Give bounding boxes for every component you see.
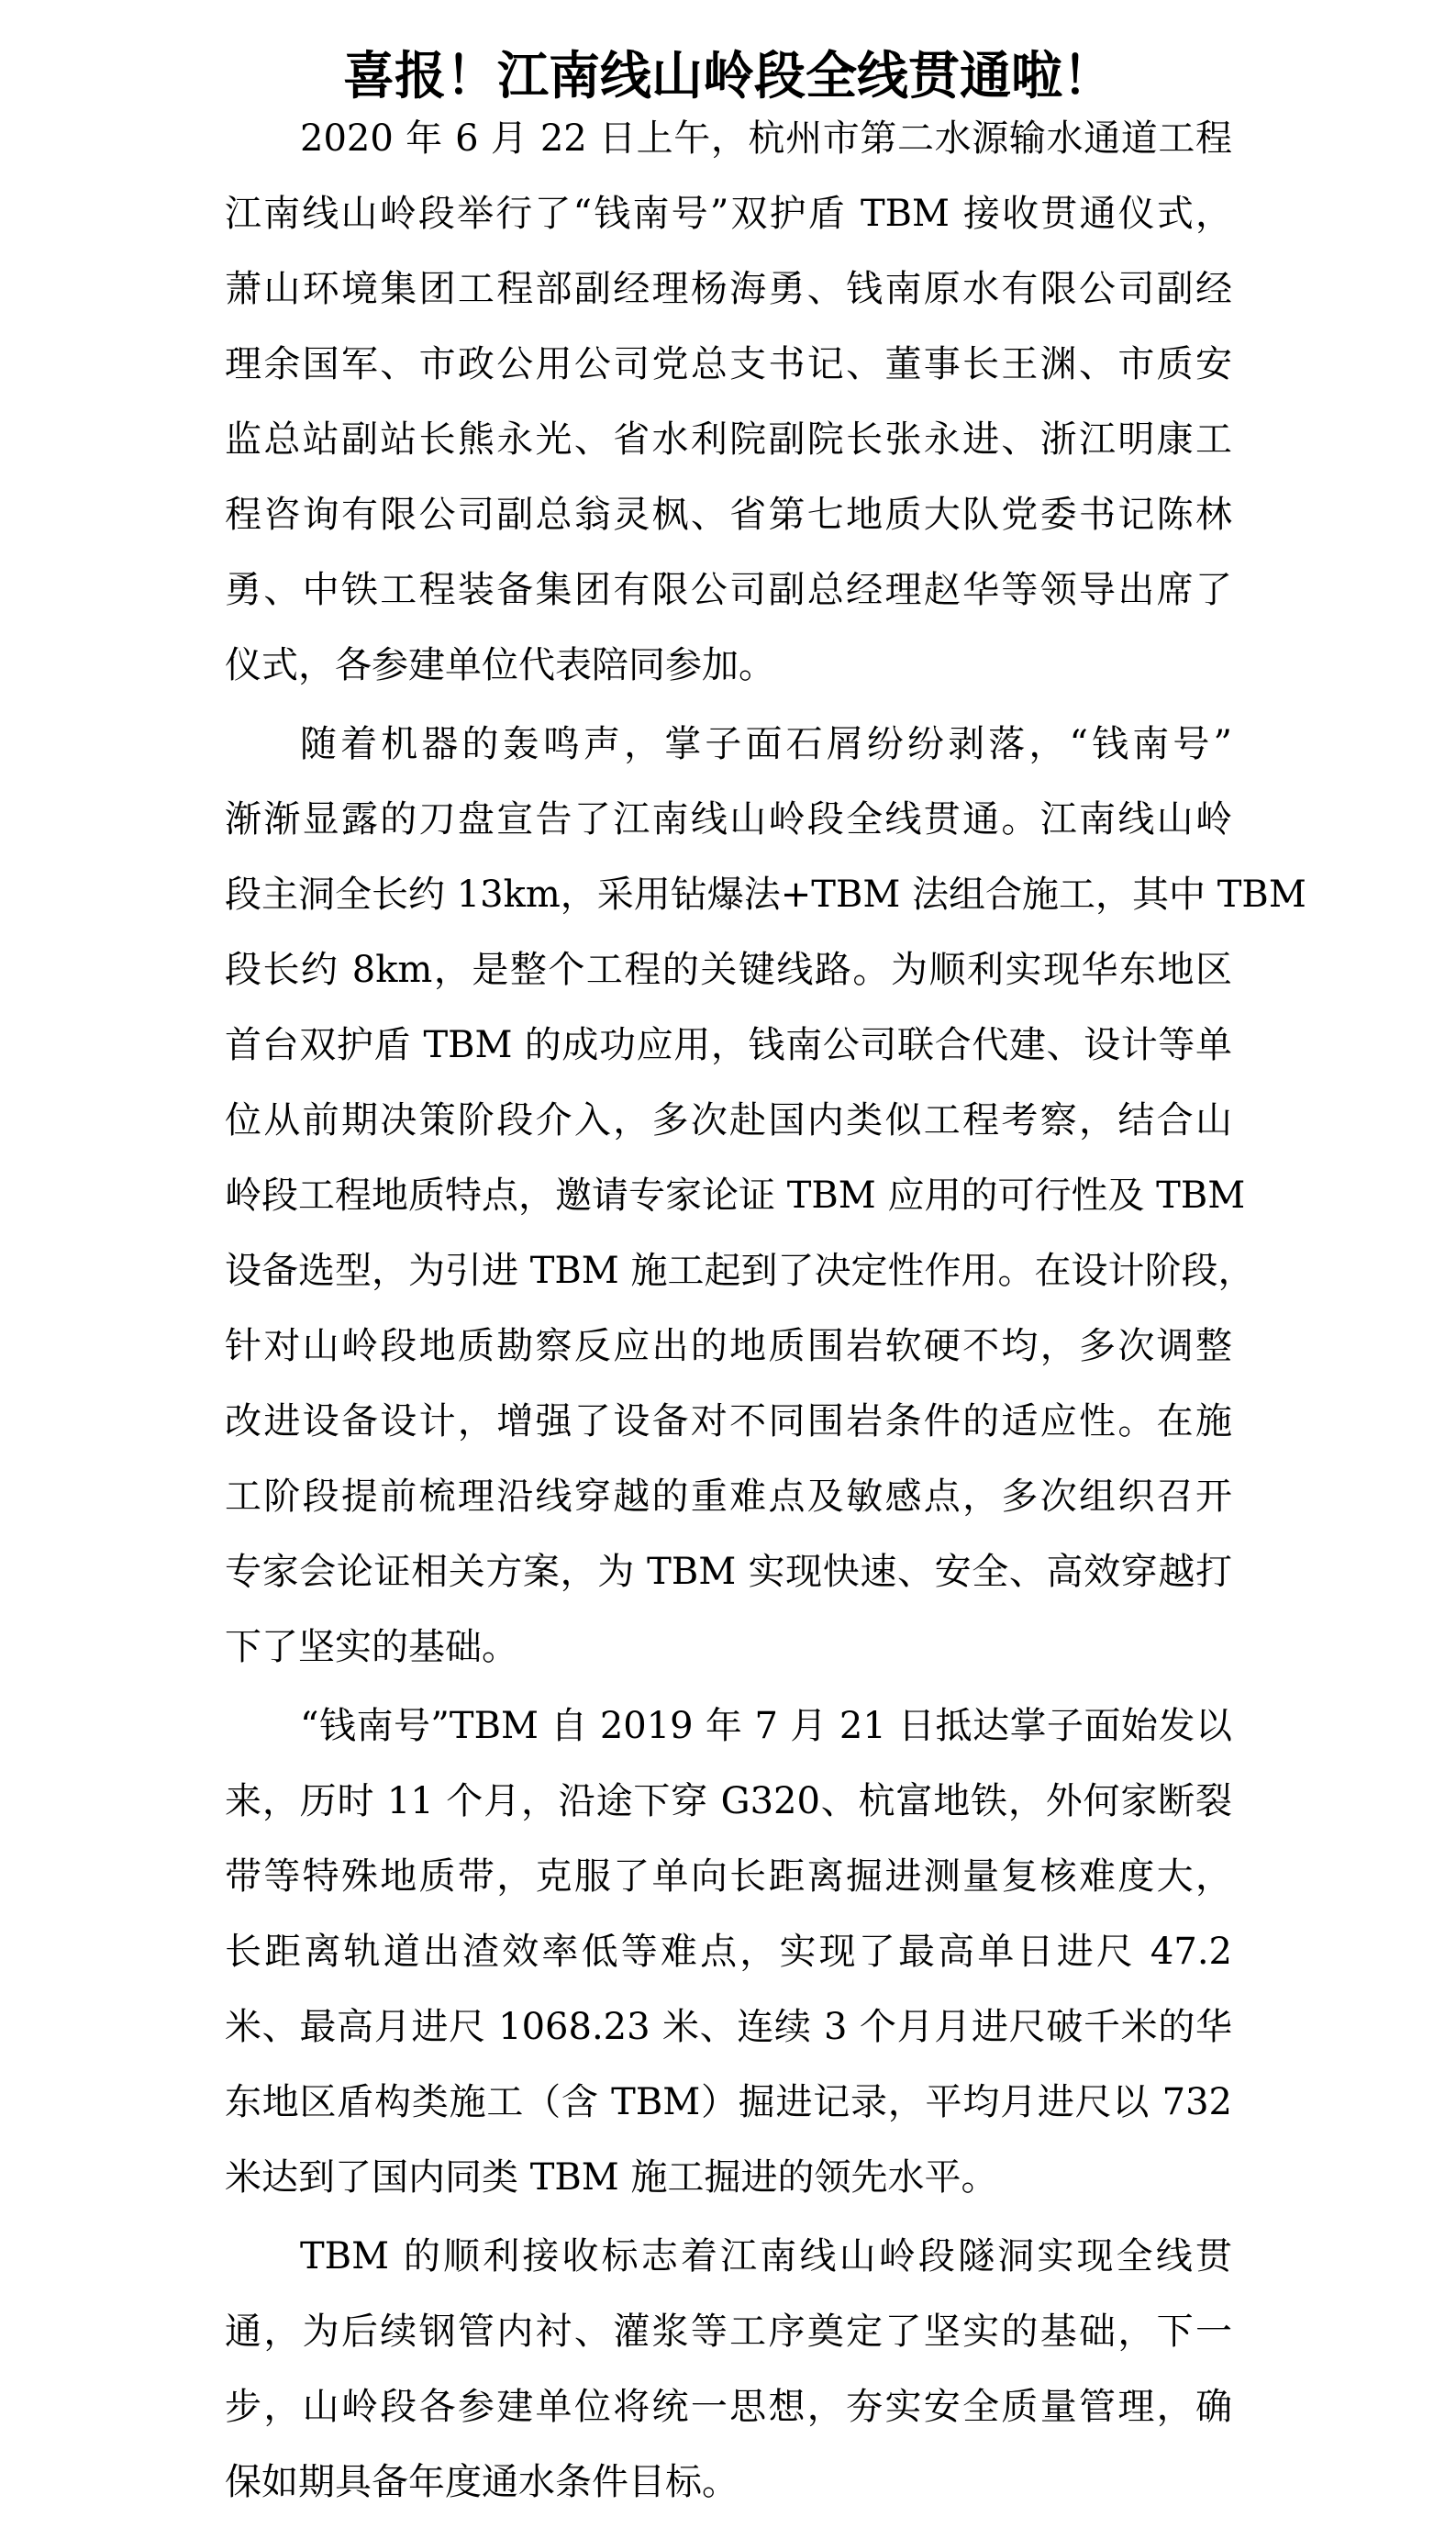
text-line: 萧山环境集团工程部副经理杨海勇、钱南原水有限公司副经	[225, 251, 1232, 327]
text-line: 米、最高月进尺 1068.23 米、连续 3 个月月进尺破千米的华	[225, 1989, 1232, 2065]
text-line: 随着机器的轰鸣声，掌子面石屑纷纷剥落，“钱南号”	[225, 707, 1232, 782]
text-line: 段长约 8km，是整个工程的关键线路。为顺利实现华东地区	[225, 932, 1232, 1008]
text-line: 监总站副站长熊永光、省水利院副院长张永进、浙江明康工	[225, 402, 1232, 477]
text-line: 勇、中铁工程装备集团有限公司副总经理赵华等领导出席了	[225, 552, 1232, 628]
text-line: 米达到了国内同类 TBM 施工掘进的领先水平。	[225, 2140, 1232, 2215]
paragraph-breakthrough: 随着机器的轰鸣声，掌子面石屑纷纷剥落，“钱南号” 渐渐显露的刀盘宣告了江南线山岭…	[225, 707, 1232, 1685]
text-line: 步，山岭段各参建单位将统一思想，夯实安全质量管理，确	[225, 2369, 1232, 2444]
text-line: 通，为后续钢管内衬、灌浆等工序奠定了坚实的基础，下一	[225, 2294, 1232, 2369]
text-line: 首台双护盾 TBM 的成功应用，钱南公司联合代建、设计等单	[225, 1008, 1232, 1083]
text-line: 理余国军、市政公用公司党总支书记、董事长王渊、市质安	[225, 327, 1232, 402]
text-line: 工阶段提前梳理沿线穿越的重难点及敏感点，多次组织召开	[225, 1459, 1232, 1534]
text-line: 下了坚实的基础。	[225, 1609, 1232, 1685]
text-line: 改进设备设计，增强了设备对不同围岩条件的适应性。在施	[225, 1384, 1232, 1459]
text-line: 针对山岭段地质勘察反应出的地质围岩软硬不均，多次调整	[225, 1309, 1232, 1384]
text-line: 设备选型，为引进 TBM 施工起到了决定性作用。在设计阶段，	[225, 1233, 1232, 1309]
paragraph-next-steps: TBM 的顺利接收标志着江南线山岭段隧洞实现全线贯 通，为后续钢管内衬、灌浆等工…	[225, 2219, 1232, 2520]
article-body: 2020 年 6 月 22 日上午，杭州市第二水源输水通道工程 江南线山岭段举行…	[225, 101, 1232, 2523]
text-line: “钱南号”TBM 自 2019 年 7 月 21 日抵达掌子面始发以	[225, 1688, 1232, 1764]
text-line: 2020 年 6 月 22 日上午，杭州市第二水源输水通道工程	[225, 101, 1232, 176]
text-line: 岭段工程地质特点，邀请专家论证 TBM 应用的可行性及 TBM	[225, 1158, 1232, 1233]
text-line: 程咨询有限公司副总翁灵枫、省第七地质大队党委书记陈林	[225, 477, 1232, 552]
text-line: 段主洞全长约 13km，采用钻爆法+TBM 法组合施工，其中 TBM	[225, 857, 1232, 932]
text-line: 保如期具备年度通水条件目标。	[225, 2444, 1232, 2520]
text-line: 江南线山岭段举行了“钱南号”双护盾 TBM 接收贯通仪式，	[225, 176, 1232, 251]
paragraph-records: “钱南号”TBM 自 2019 年 7 月 21 日抵达掌子面始发以 来，历时 …	[225, 1688, 1232, 2215]
text-line: 来，历时 11 个月，沿途下穿 G320、杭富地铁，外何家断裂	[225, 1764, 1232, 1839]
paragraph-ceremony: 2020 年 6 月 22 日上午，杭州市第二水源输水通道工程 江南线山岭段举行…	[225, 101, 1232, 703]
text-line: TBM 的顺利接收标志着江南线山岭段隧洞实现全线贯	[225, 2219, 1232, 2294]
text-line: 专家会论证相关方案，为 TBM 实现快速、安全、高效穿越打	[225, 1534, 1232, 1609]
text-line: 位从前期决策阶段介入，多次赴国内类似工程考察，结合山	[225, 1083, 1232, 1158]
text-line: 渐渐显露的刀盘宣告了江南线山岭段全线贯通。江南线山岭	[225, 782, 1232, 857]
text-line: 东地区盾构类施工（含 TBM）掘进记录，平均月进尺以 732	[225, 2065, 1232, 2140]
article-title: 喜报！江南线山岭段全线贯通啦！	[225, 46, 1232, 106]
text-line: 带等特殊地质带，克服了单向长距离掘进测量复核难度大，	[225, 1839, 1232, 1914]
text-line: 长距离轨道出渣效率低等难点，实现了最高单日进尺 47.2	[225, 1914, 1232, 1989]
text-line: 仪式，各参建单位代表陪同参加。	[225, 628, 1232, 703]
